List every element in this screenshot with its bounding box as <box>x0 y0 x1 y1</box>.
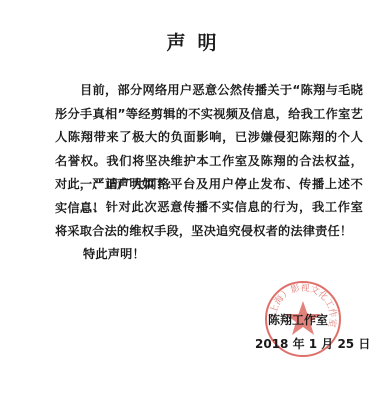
statement-item-two: 二、针对此次恶意传播不实信息的行为，我工作室将采取合法的维权手段，坚决追究侵权者… <box>55 196 363 243</box>
signer-name: 陈翔工作室 <box>268 311 328 328</box>
statement-closing: 特此声明！ <box>55 243 363 267</box>
document-title: 声明 <box>0 28 383 55</box>
statement-date: 2018 年 1 月 25 日 <box>255 335 370 352</box>
